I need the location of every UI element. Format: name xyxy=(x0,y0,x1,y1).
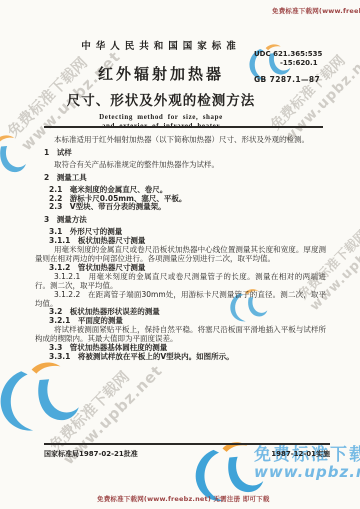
doc-line: 3.1.2.1 用毫米刻度的金属直尺或卷尺测量管子的长度。测量在相对的两端进行。… xyxy=(35,273,326,291)
doc-line: 3.1.2.2 在距离管子端面30mm处，用游标卡尺测量管子的直径。测二次，取平… xyxy=(35,291,326,309)
doc-line: 3.3.1 将被测试样放在平板上的V型块内。如图所示。 xyxy=(49,353,326,362)
doc-line: 1 试样 xyxy=(44,149,326,158)
document-header: 中华人民共和国国家标准 红外辐射加热器 尺寸、形状及外观的检测方法 Detect… xyxy=(36,38,342,130)
document-body: 本标准适用于红外辐射加热器（以下简称加热器）尺寸、形状及外观的检测。1 试样取符… xyxy=(35,136,326,362)
header-rule xyxy=(44,126,323,128)
document-title-en-line1: Detecting method for size, shape xyxy=(36,113,286,122)
document-content: 中华人民共和国国家标准 红外辐射加热器 尺寸、形状及外观的检测方法 Detect… xyxy=(0,0,360,509)
national-standard-heading: 中华人民共和国国家标准 xyxy=(36,38,286,52)
scanned-standard-page: 免费标准下载网 www.upbz.net 免费标准下载网 www.upbz.ne… xyxy=(0,0,360,509)
document-title-cn: 红外辐射加热器 xyxy=(36,63,286,84)
doc-line: 2 测量工具 xyxy=(44,174,326,183)
udc-code-line1: UDC 621.365:535 xyxy=(254,50,342,59)
watermark-note-bottom: 免费标准下载网(www.freebz.net) 无需注册 即可下载 xyxy=(97,494,270,503)
footer-rule xyxy=(44,443,330,445)
document-subtitle-cn: 尺寸、形状及外观的检测方法 xyxy=(36,89,286,109)
doc-line: 将试样被测面紧贴平板上，保持自然平稳。将塞尺沿板面平滑地插入平板与试样所构成的楔… xyxy=(35,326,326,344)
doc-line: 用毫米刻度的金属直尺或卷尺沿板状加热器中心线位置测量其长度和宽度。厚度测量则在相… xyxy=(35,246,326,264)
doc-line: 3 测量方法 xyxy=(44,216,326,225)
watermark-note-top-right: 免费标准下载网(www.freebz.net) xyxy=(272,6,360,15)
doc-line: 2.3 V型块、带百分表的测量架。 xyxy=(49,203,326,212)
udc-standard-number-block: UDC 621.365:535 -15:620.1 GB 7287.1—87 xyxy=(254,50,342,84)
standard-number: GB 7287.1—87 xyxy=(254,75,342,84)
doc-line: 取符合有关产品标准规定的整件加热器作为试样。 xyxy=(35,161,326,170)
udc-code-line2: -15:620.1 xyxy=(280,59,342,68)
doc-line: 本标准适用于红外辐射加热器（以下简称加热器）尺寸、形状及外观的检测。 xyxy=(35,136,326,145)
implementation-date: 1987-12-01实施 xyxy=(271,449,330,459)
approval-date: 国家标准局1987-02-21批准 xyxy=(44,449,138,459)
document-footer: 国家标准局1987-02-21批准 1987-12-01实施 xyxy=(44,449,330,459)
